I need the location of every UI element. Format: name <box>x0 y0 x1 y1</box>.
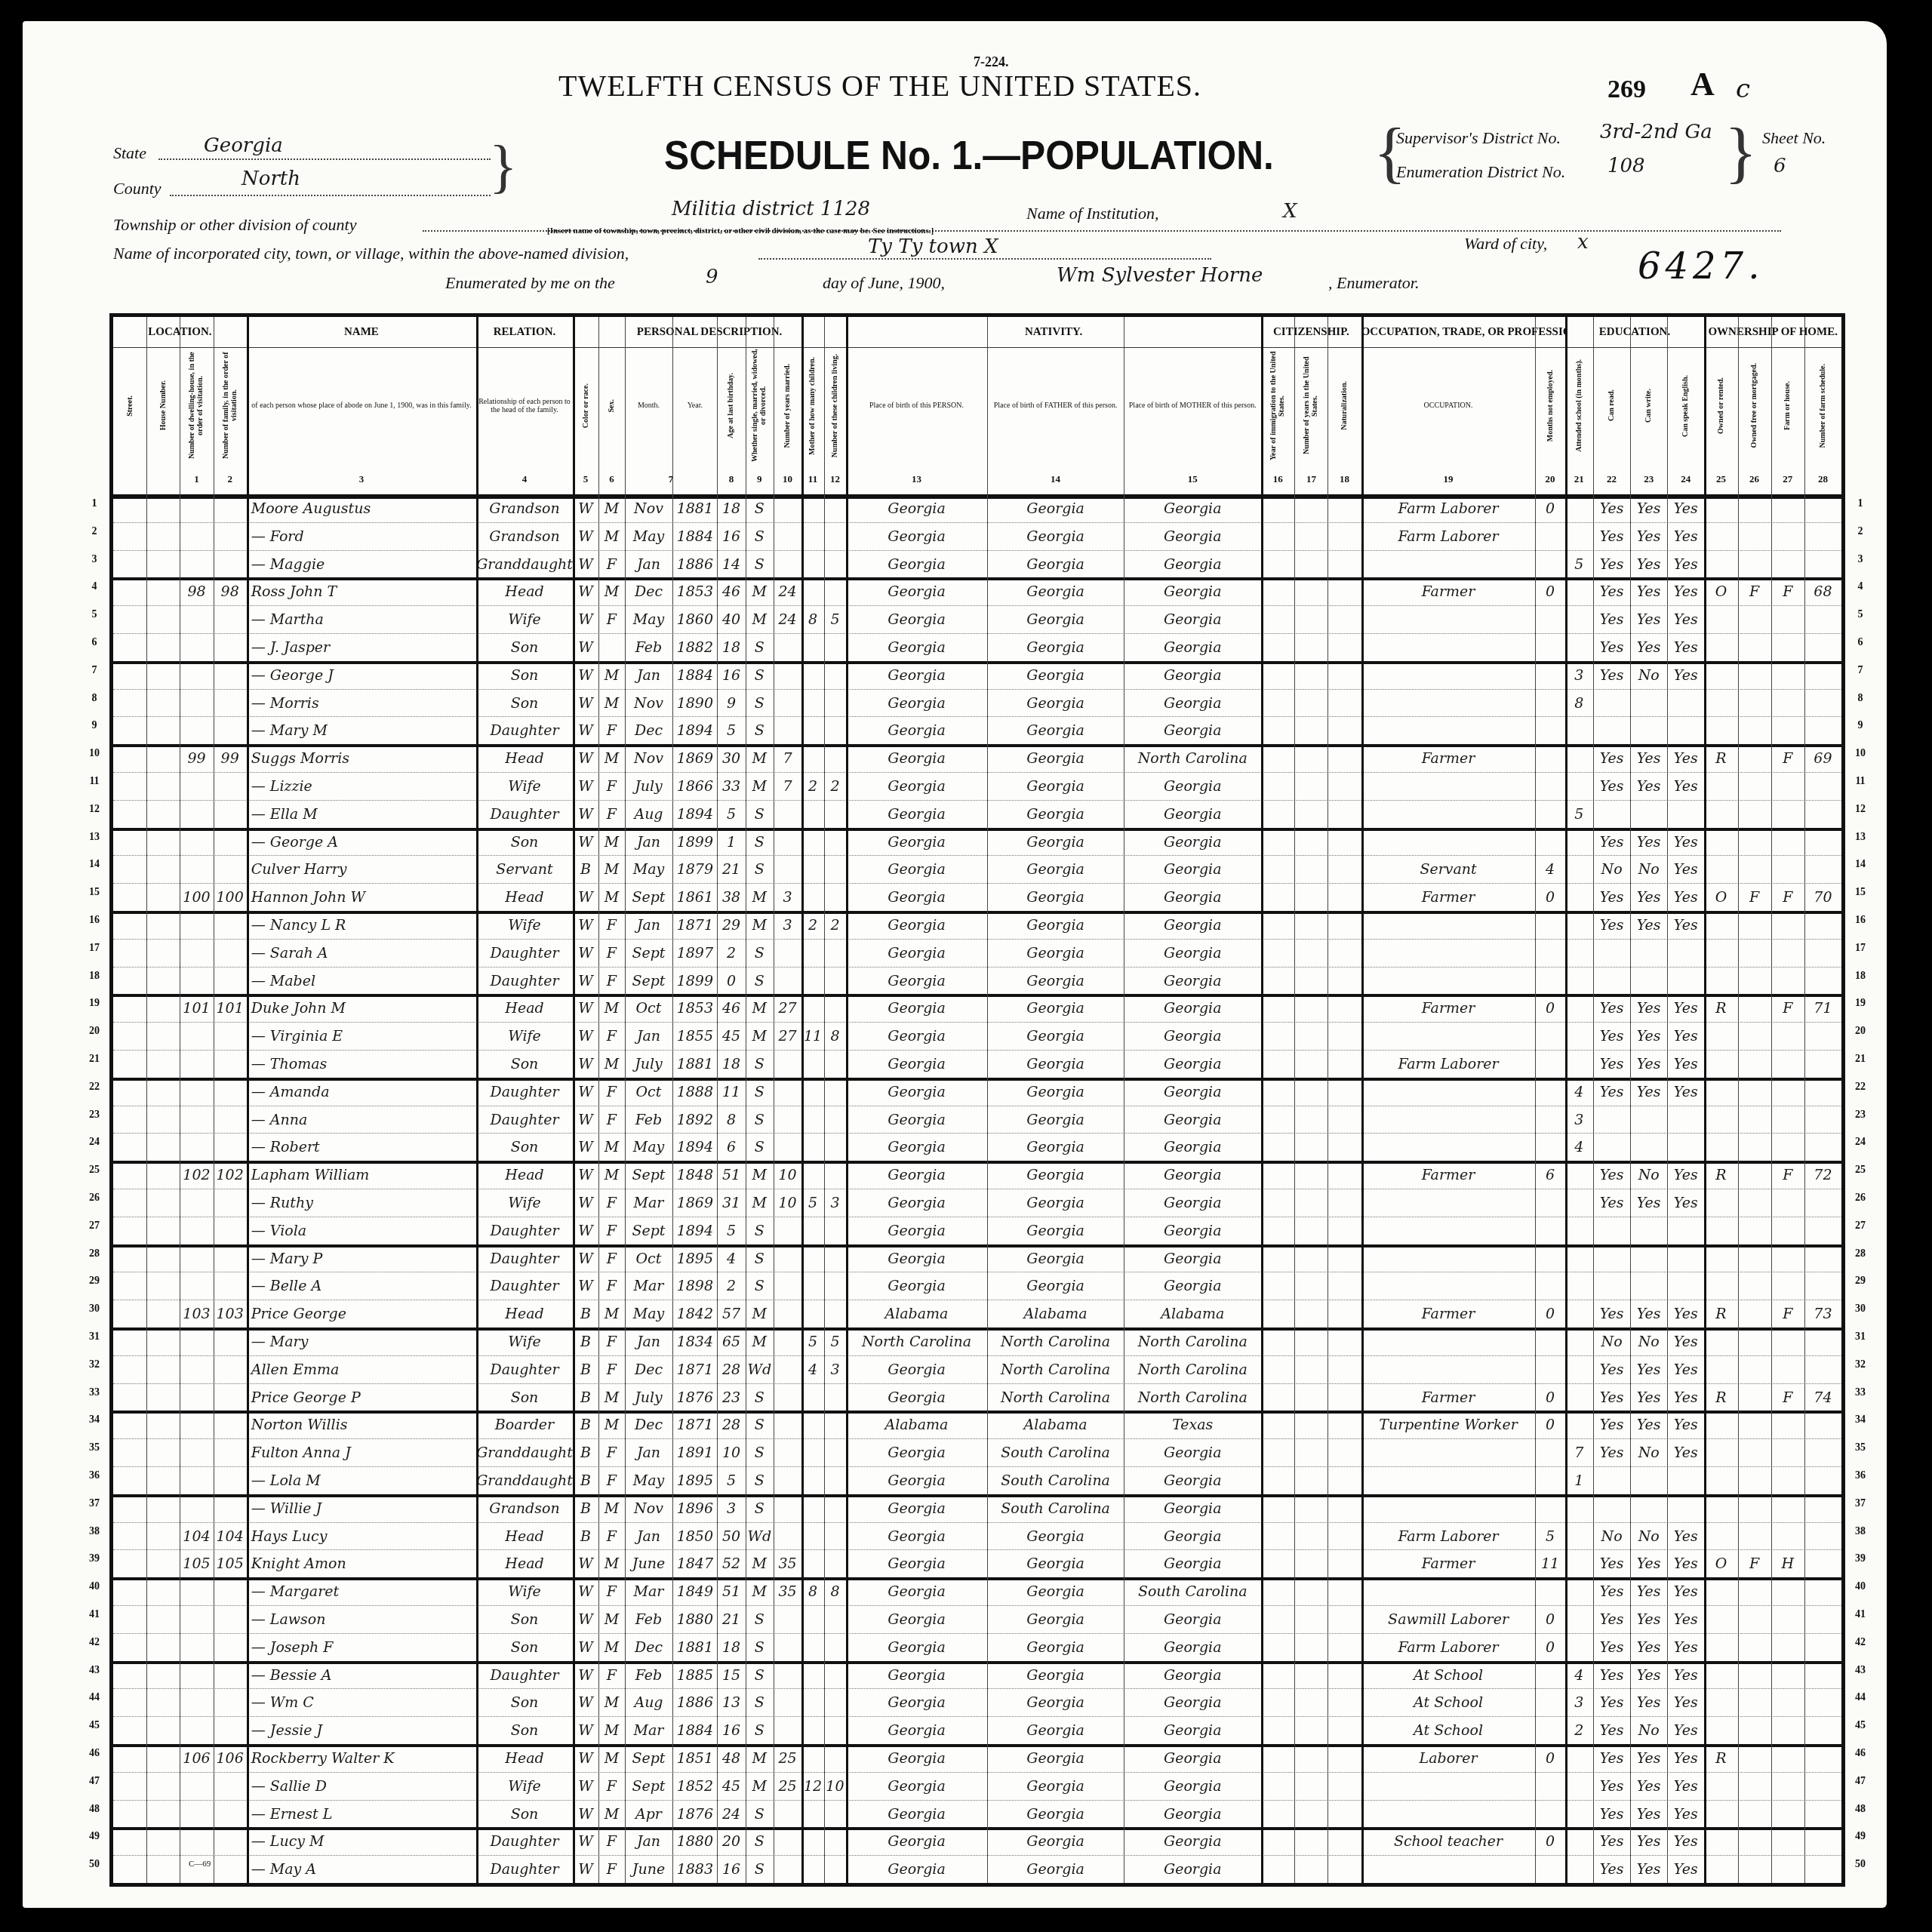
table-header: LOCATION.NAMERELATION.PERSONAL DESCRIPTI… <box>113 317 1841 499</box>
cell-bf: Georgia <box>987 772 1124 800</box>
column-divider <box>1593 317 1594 1883</box>
cell-mc: 8 <box>801 605 823 633</box>
cell-relation: Son <box>476 1133 573 1161</box>
cell-year: 1853 <box>672 994 717 1022</box>
page-letter: A <box>1690 65 1715 103</box>
cell-bm: Georgia <box>1124 967 1261 995</box>
cell-color: W <box>573 1605 598 1633</box>
table-row: 103103Price GeorgeHeadBMMay184257MAlabam… <box>113 1300 1841 1331</box>
cell-own <box>1704 1716 1737 1744</box>
cell-bp: Georgia <box>846 1549 987 1577</box>
cell-fs <box>1804 800 1841 828</box>
cell-mc <box>801 1549 823 1577</box>
cell-bp: Georgia <box>846 633 987 661</box>
cell-own <box>1704 1577 1737 1605</box>
cell-own <box>1704 855 1737 883</box>
cell-sch <box>1565 1355 1593 1383</box>
column-number: 9 <box>746 464 774 494</box>
cell-ym <box>774 1855 801 1883</box>
cell-free <box>1738 1161 1771 1189</box>
table-row: — Mary MDaughterWFDec18945SGeorgiaGeorgi… <box>113 716 1841 747</box>
cell-dwelling <box>180 1244 213 1272</box>
cell-bf: Georgia <box>987 1217 1124 1244</box>
cell-ym <box>774 1438 801 1466</box>
cell-cl: 2 <box>824 772 846 800</box>
cell-marital: S <box>746 1133 774 1161</box>
cell-read: Yes <box>1593 911 1630 939</box>
cell-age: 9 <box>717 689 745 717</box>
cell-write: Yes <box>1630 1855 1667 1883</box>
table-row: 9999Suggs MorrisHeadWMNov186930M7Georgia… <box>113 744 1841 773</box>
cell-family <box>214 1716 247 1744</box>
cell-color: W <box>573 1688 598 1716</box>
line-number-right: 48 <box>1849 1804 1872 1816</box>
cell-color: W <box>573 883 598 911</box>
cell-mc: 4 <box>801 1355 823 1383</box>
cell-marital: S <box>746 855 774 883</box>
cell-relation: Son <box>476 633 573 661</box>
cell-bm: Georgia <box>1124 1800 1261 1828</box>
cell-dwelling <box>180 1078 213 1106</box>
cell-mc: 12 <box>801 1772 823 1800</box>
cell-month: Mar <box>625 1577 673 1605</box>
cell-free <box>1738 1633 1771 1661</box>
cell-free <box>1738 800 1771 828</box>
table-row: Culver HarryServantBMMay187921SGeorgiaGe… <box>113 855 1841 884</box>
cell-bm: Georgia <box>1124 550 1261 578</box>
cell-eng: Yes <box>1667 1078 1704 1106</box>
cell-name: Norton Willis <box>247 1411 481 1438</box>
cell-bf: Georgia <box>987 744 1124 772</box>
cell-bm: Georgia <box>1124 1106 1261 1134</box>
cell-marital: M <box>746 1022 774 1050</box>
cell-sex: F <box>598 1244 624 1272</box>
column-header-mother-of: Mother of how many children. <box>801 347 823 464</box>
city-line <box>758 258 1211 260</box>
cell-bf: Georgia <box>987 1189 1124 1217</box>
cell-read <box>1593 1217 1630 1244</box>
cell-mc <box>801 967 823 995</box>
cell-bp: Georgia <box>846 716 987 744</box>
cell-age: 0 <box>717 967 745 995</box>
cell-bf: Georgia <box>987 689 1124 717</box>
column-header-owned-rented: Owned or rented. <box>1704 347 1737 464</box>
cell-dwelling <box>180 1022 213 1050</box>
cell-cl <box>824 1494 846 1522</box>
cell-write: Yes <box>1630 1772 1667 1800</box>
cell-family <box>214 605 247 633</box>
cell-year: 1852 <box>672 1772 717 1800</box>
cell-name: — George A <box>247 828 481 856</box>
cell-bf: Georgia <box>987 911 1124 939</box>
cell-mc <box>801 1466 823 1494</box>
enumeration-label: Enumeration District No. <box>1396 162 1565 182</box>
column-header-label: OCCUPATION. <box>1424 401 1473 410</box>
cell-name: — Thomas <box>247 1050 481 1078</box>
cell-occ: Farmer <box>1361 577 1536 605</box>
cell-month: June <box>625 1855 673 1883</box>
line-number-left: 4 <box>83 581 106 593</box>
table-row: — Virginia EWifeWFJan185545M27118Georgia… <box>113 1022 1841 1051</box>
cell-year: 1894 <box>672 1133 717 1161</box>
cell-read: Yes <box>1593 828 1630 856</box>
cell-own <box>1704 1411 1737 1438</box>
line-number-right: 41 <box>1849 1609 1872 1621</box>
cell-month: May <box>625 522 673 550</box>
cell-age: 20 <box>717 1827 745 1855</box>
cell-mu <box>1535 1772 1564 1800</box>
cell-mu: 4 <box>1535 855 1564 883</box>
cell-year: 1853 <box>672 577 717 605</box>
cell-family <box>214 1633 247 1661</box>
cell-name: — Mary P <box>247 1244 481 1272</box>
cell-fs <box>1804 1078 1841 1106</box>
cell-ym <box>774 1300 801 1327</box>
cell-bm: Georgia <box>1124 1744 1261 1772</box>
column-header-label: Owned free or mortgaged. <box>1750 363 1758 448</box>
cell-family <box>214 1577 247 1605</box>
cell-mu <box>1535 1800 1564 1828</box>
cell-mc <box>801 1800 823 1828</box>
cell-sch <box>1565 605 1593 633</box>
cell-own: R <box>1704 1300 1737 1327</box>
table-row: 106106Rockberry Walter KHeadWMSept185148… <box>113 1744 1841 1773</box>
cell-relation: Daughter <box>476 967 573 995</box>
cell-bf: Georgia <box>987 855 1124 883</box>
cell-mu: 0 <box>1535 994 1564 1022</box>
cell-relation: Daughter <box>476 1661 573 1689</box>
cell-cl <box>824 883 846 911</box>
table-row: — MaggieGranddaughterWFJan188614SGeorgia… <box>113 550 1841 581</box>
cell-family <box>214 1661 247 1689</box>
cell-month: Dec <box>625 1633 673 1661</box>
cell-name: — Ella M <box>247 800 481 828</box>
cell-month: Nov <box>625 744 673 772</box>
cell-own <box>1704 1050 1737 1078</box>
line-number-right: 20 <box>1849 1026 1872 1038</box>
cell-year: 1876 <box>672 1800 717 1828</box>
cell-read <box>1593 1106 1630 1134</box>
cell-mc <box>801 744 823 772</box>
cell-farm <box>1771 772 1804 800</box>
cell-mu <box>1535 661 1564 689</box>
cell-write <box>1630 689 1667 717</box>
line-number-right: 46 <box>1849 1748 1872 1760</box>
cell-bf: Georgia <box>987 522 1124 550</box>
cell-month: Sept <box>625 1772 673 1800</box>
cell-age: 13 <box>717 1688 745 1716</box>
cell-read: Yes <box>1593 1300 1630 1327</box>
cell-mu <box>1535 800 1564 828</box>
cell-free <box>1738 1189 1771 1217</box>
cell-color: W <box>573 522 598 550</box>
cell-farm: F <box>1771 994 1804 1022</box>
table-row: — Lucy MDaughterWFJan188020SGeorgiaGeorg… <box>113 1827 1841 1856</box>
cell-write: No <box>1630 1161 1667 1189</box>
cell-family <box>214 550 247 578</box>
cell-sex: M <box>598 1744 624 1772</box>
cell-mc <box>801 1716 823 1744</box>
cell-sex: M <box>598 1494 624 1522</box>
cell-free <box>1738 1078 1771 1106</box>
cell-color: W <box>573 550 598 578</box>
cell-dwelling <box>180 1827 213 1855</box>
column-divider <box>987 317 988 1883</box>
cell-cl <box>824 828 846 856</box>
cell-sex: M <box>598 855 624 883</box>
cell-dwelling <box>180 1189 213 1217</box>
cell-fs <box>1804 522 1841 550</box>
column-divider <box>672 317 673 1883</box>
cell-farm <box>1771 1438 1804 1466</box>
cell-marital: S <box>746 1605 774 1633</box>
column-header-label: Number of these children living. <box>831 354 839 457</box>
column-header-label: Number of family, in the order of visita… <box>222 347 238 464</box>
cell-dwelling <box>180 550 213 578</box>
cell-eng <box>1667 1244 1704 1272</box>
cell-sex: F <box>598 1772 624 1800</box>
cell-mc <box>801 1300 823 1327</box>
cell-eng: Yes <box>1667 550 1704 578</box>
cell-fs <box>1804 1244 1841 1272</box>
cell-relation: Son <box>476 1383 573 1411</box>
column-header-label: Number of years in the United States. <box>1303 347 1319 464</box>
cell-fs: 69 <box>1804 744 1841 772</box>
cell-family <box>214 967 247 995</box>
line-number-right: 39 <box>1849 1553 1872 1565</box>
cell-bp: Georgia <box>846 1605 987 1633</box>
population-schedule-table: LOCATION.NAMERELATION.PERSONAL DESCRIPTI… <box>109 313 1845 1887</box>
cell-name: Hannon John W <box>247 883 481 911</box>
cell-cl: 10 <box>824 1772 846 1800</box>
cell-sex: F <box>598 1106 624 1134</box>
cell-marital: S <box>746 1688 774 1716</box>
cell-farm <box>1771 1716 1804 1744</box>
cell-color: W <box>573 1189 598 1217</box>
cell-color: W <box>573 967 598 995</box>
cell-fs <box>1804 1633 1841 1661</box>
cell-mc <box>801 939 823 967</box>
cell-color: W <box>573 800 598 828</box>
column-divider <box>846 317 848 1883</box>
cell-month: Jan <box>625 1022 673 1050</box>
cell-marital: S <box>746 550 774 578</box>
cell-own <box>1704 1106 1737 1134</box>
cell-own: R <box>1704 1744 1737 1772</box>
cell-own: O <box>1704 1549 1737 1577</box>
cell-eng <box>1667 939 1704 967</box>
cell-bm: Georgia <box>1124 1189 1261 1217</box>
table-row: — J. JasperSonWFeb188218SGeorgiaGeorgiaG… <box>113 633 1841 664</box>
cell-age: 6 <box>717 1133 745 1161</box>
cell-marital: S <box>746 1244 774 1272</box>
cell-month: Oct <box>625 1244 673 1272</box>
line-number-left: 10 <box>83 748 106 760</box>
cell-sch <box>1565 1633 1593 1661</box>
cell-farm <box>1771 800 1804 828</box>
cell-sch <box>1565 1522 1593 1550</box>
cell-ym <box>774 661 801 689</box>
cell-write: No <box>1630 855 1667 883</box>
cell-free <box>1738 1411 1771 1438</box>
cell-bm: Georgia <box>1124 1272 1261 1300</box>
line-number-right: 13 <box>1849 832 1872 844</box>
cell-farm <box>1771 1355 1804 1383</box>
cell-bp: Georgia <box>846 1383 987 1411</box>
line-number-right: 9 <box>1849 720 1872 732</box>
cell-cl <box>824 1827 846 1855</box>
cell-bf: Georgia <box>987 577 1124 605</box>
line-number-left: 14 <box>83 859 106 871</box>
column-header-immigration: Year of immigration to the United States… <box>1261 347 1294 464</box>
cell-mu <box>1535 1577 1564 1605</box>
cell-mc <box>801 1272 823 1300</box>
cell-sch <box>1565 911 1593 939</box>
cell-read: Yes <box>1593 1549 1630 1577</box>
cell-mu: 0 <box>1535 1605 1564 1633</box>
cell-dwelling <box>180 1133 213 1161</box>
column-header-label: Color or race. <box>582 383 590 428</box>
cell-marital: M <box>746 605 774 633</box>
cell-write: Yes <box>1630 1383 1667 1411</box>
cell-sex: F <box>598 800 624 828</box>
cell-own: R <box>1704 1383 1737 1411</box>
cell-bm: Georgia <box>1124 939 1261 967</box>
cell-fs <box>1804 772 1841 800</box>
column-number: 3 <box>247 464 476 494</box>
cell-cl: 5 <box>824 1327 846 1355</box>
table-row: — MabelDaughterWFSept18990SGeorgiaGeorgi… <box>113 967 1841 998</box>
column-divider <box>746 317 746 1883</box>
cell-read: Yes <box>1593 883 1630 911</box>
line-number-right: 34 <box>1849 1414 1872 1426</box>
line-number-left: 24 <box>83 1137 106 1149</box>
cell-read: No <box>1593 1522 1630 1550</box>
cell-sex: F <box>598 1355 624 1383</box>
cell-occ: At School <box>1361 1661 1536 1689</box>
cell-bm: Georgia <box>1124 1688 1261 1716</box>
cell-month: May <box>625 1466 673 1494</box>
cell-mu <box>1535 772 1564 800</box>
cell-fs <box>1804 1327 1841 1355</box>
column-number: 6 <box>598 464 624 494</box>
cell-year: 1886 <box>672 550 717 578</box>
cell-occ <box>1361 1022 1536 1050</box>
cell-mc <box>801 1827 823 1855</box>
cell-eng: Yes <box>1667 1189 1704 1217</box>
cell-bp: Georgia <box>846 1161 987 1189</box>
cell-own: R <box>1704 1161 1737 1189</box>
cell-month: Sept <box>625 883 673 911</box>
cell-farm <box>1771 1106 1804 1134</box>
cell-bp: Georgia <box>846 1189 987 1217</box>
cell-family <box>214 800 247 828</box>
column-divider <box>476 317 478 1883</box>
ed-stamp: 6427. <box>1638 245 1764 288</box>
cell-free <box>1738 1133 1771 1161</box>
line-number-left: 43 <box>83 1665 106 1677</box>
cell-mu <box>1535 605 1564 633</box>
cell-marital: S <box>746 1383 774 1411</box>
cell-dwelling: 99 <box>180 744 213 772</box>
table-row: Fulton Anna JGranddaughterBFJan189110SGe… <box>113 1438 1841 1467</box>
cell-marital: M <box>746 1577 774 1605</box>
cell-family <box>214 716 247 744</box>
cell-dwelling <box>180 1633 213 1661</box>
cell-read <box>1593 689 1630 717</box>
cell-read: Yes <box>1593 744 1630 772</box>
cell-mc: 11 <box>801 1022 823 1050</box>
cell-bp: Georgia <box>846 1106 987 1134</box>
cell-fs <box>1804 716 1841 744</box>
cell-month: July <box>625 1050 673 1078</box>
cell-ym: 27 <box>774 1022 801 1050</box>
cell-sex: M <box>598 1716 624 1744</box>
cell-family <box>214 828 247 856</box>
cell-sch: 4 <box>1565 1078 1593 1106</box>
cell-bf: Georgia <box>987 550 1124 578</box>
cell-ym <box>774 1355 801 1383</box>
cell-mc <box>801 633 823 661</box>
cell-sch <box>1565 1411 1593 1438</box>
column-number: 8 <box>717 464 745 494</box>
cell-year: 1866 <box>672 772 717 800</box>
cell-family: 102 <box>214 1161 247 1189</box>
cell-farm <box>1771 605 1804 633</box>
cell-occ: Farm Laborer <box>1361 1522 1536 1550</box>
cell-bf: Georgia <box>987 939 1124 967</box>
cell-sex: M <box>598 1549 624 1577</box>
table-row: — May ADaughterWFJune188316SGeorgiaGeorg… <box>113 1855 1841 1886</box>
line-number-left: 45 <box>83 1720 106 1732</box>
cell-marital: M <box>746 1744 774 1772</box>
cell-age: 5 <box>717 1466 745 1494</box>
column-divider <box>774 317 774 1883</box>
cell-bf: North Carolina <box>987 1327 1124 1355</box>
cell-marital: S <box>746 1661 774 1689</box>
cell-bp: Georgia <box>846 605 987 633</box>
cell-read: Yes <box>1593 772 1630 800</box>
cell-age: 21 <box>717 855 745 883</box>
township-instruction: [Insert name of township, town, precinct… <box>547 226 934 235</box>
cell-mu: 0 <box>1535 1300 1564 1327</box>
cell-eng <box>1667 1217 1704 1244</box>
cell-relation: Wife <box>476 1772 573 1800</box>
cell-bf: Georgia <box>987 1827 1124 1855</box>
cell-ym <box>774 716 801 744</box>
cell-mu: 11 <box>1535 1549 1564 1577</box>
cell-sex: F <box>598 1022 624 1050</box>
cell-free <box>1738 1661 1771 1689</box>
column-number: 13 <box>846 464 987 494</box>
cell-fs <box>1804 550 1841 578</box>
cell-year: 1880 <box>672 1827 717 1855</box>
cell-age: 3 <box>717 1494 745 1522</box>
cell-year: 1851 <box>672 1744 717 1772</box>
cell-bp: Georgia <box>846 1577 987 1605</box>
cell-ym <box>774 689 801 717</box>
cell-year: 1882 <box>672 633 717 661</box>
cell-sch <box>1565 828 1593 856</box>
sheet-label: Sheet No. <box>1762 128 1826 148</box>
column-number: 21 <box>1565 464 1593 494</box>
cell-free <box>1738 1522 1771 1550</box>
line-number-right: 1 <box>1849 498 1872 510</box>
cell-bm: Georgia <box>1124 1438 1261 1466</box>
cell-bp: Georgia <box>846 1744 987 1772</box>
cell-fs <box>1804 1050 1841 1078</box>
cell-month: Feb <box>625 1605 673 1633</box>
